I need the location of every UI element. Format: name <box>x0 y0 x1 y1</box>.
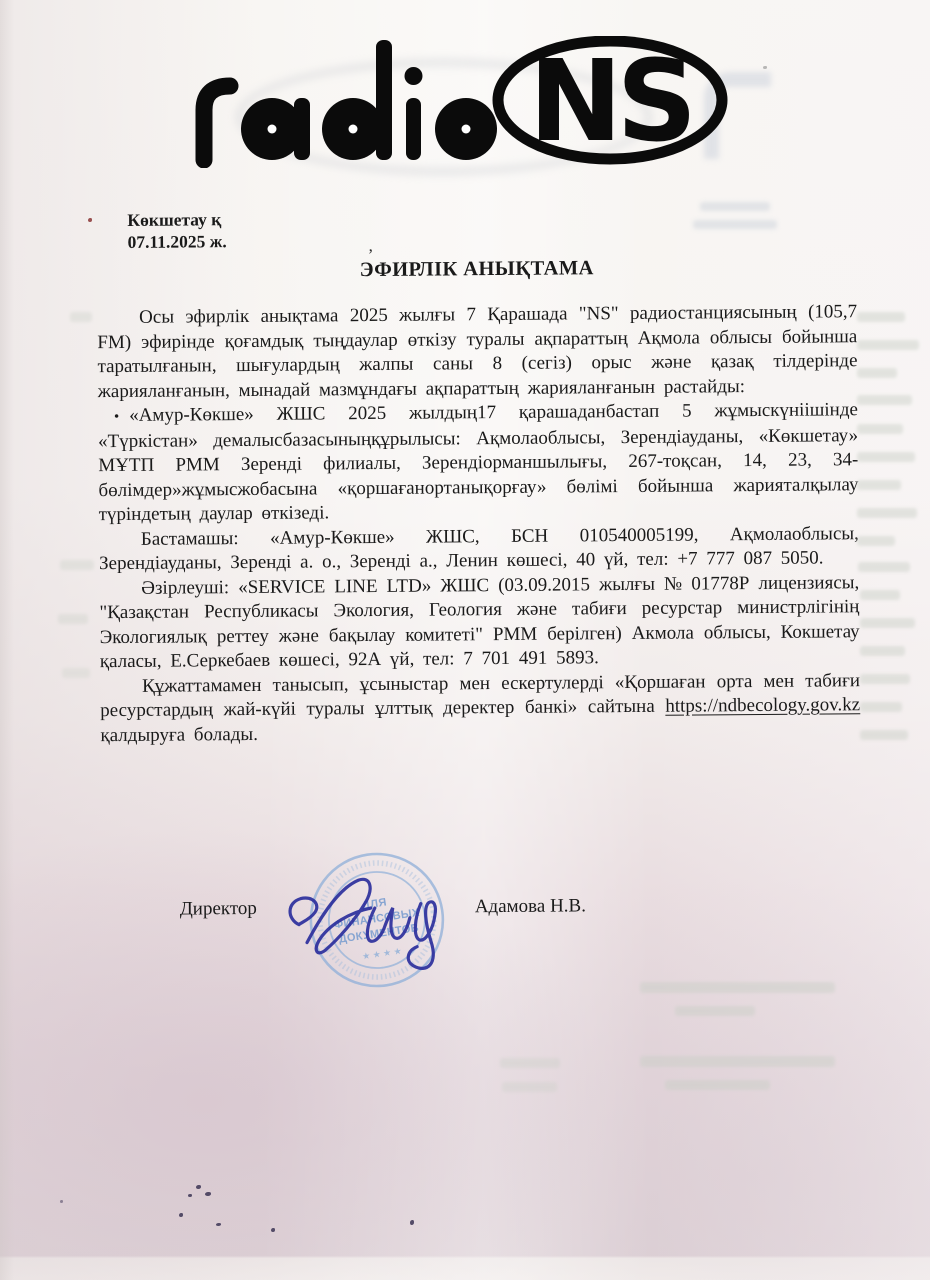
bleed-through-artifact <box>500 1058 560 1068</box>
bleed-through-artifact <box>860 646 905 656</box>
bleed-through-artifact <box>857 312 905 322</box>
bleed-through-artifact <box>857 395 912 405</box>
bleed-through-artifact <box>860 618 915 628</box>
bleed-through-artifact <box>857 536 895 546</box>
ink-speck <box>216 1223 221 1226</box>
city-line: Көкшетау қ <box>127 208 226 231</box>
bleed-through-artifact <box>665 1080 770 1090</box>
ink-speck <box>271 1228 275 1232</box>
ink-speck <box>205 1192 211 1196</box>
bleed-through-artifact <box>860 730 908 740</box>
ink-speck <box>60 1200 63 1203</box>
ink-speck <box>196 1185 201 1189</box>
ink-speck <box>410 1220 414 1225</box>
handwritten-signature <box>276 853 497 980</box>
signature-graphic <box>276 853 497 975</box>
paragraph-developer: Әзірлеуші: «SERVICE LINE LTD» ЖШС (03.09… <box>99 571 860 675</box>
ink-speck <box>88 218 92 222</box>
bleed-through-artifact <box>675 1006 755 1016</box>
bleed-through-artifact <box>502 1082 557 1092</box>
place-date-block: Көкшетау қ 07.11.2025 ж. <box>127 208 227 253</box>
bleed-through-artifact <box>60 560 94 570</box>
bleed-through-artifact <box>857 508 917 518</box>
dust-speck <box>763 66 767 69</box>
bleed-through-artifact <box>857 340 919 350</box>
bleed-through-artifact <box>857 368 897 378</box>
paragraph-announcement-text: «Амур-Көкше» ЖШС 2025 жылдың17 қарашадан… <box>98 399 859 525</box>
bleed-through-artifact <box>58 614 88 624</box>
scanned-document-page: NS , Көкшетау қ 07.11.2025 ж. ЭФИРЛІК АН… <box>0 0 930 1280</box>
paragraph-intro: Осы эфирлік анықтама 2025 жылғы 7 Қараша… <box>97 300 858 404</box>
bleed-through-artifact <box>62 668 90 678</box>
bleed-through-artifact <box>860 590 900 600</box>
bleed-through-artifact <box>857 424 903 434</box>
ink-speck <box>188 1194 192 1197</box>
ndb-ecology-link[interactable]: https://ndbecology.gov.kz <box>665 694 860 717</box>
feedback-text-after-link: қалдыруға болады. <box>100 723 258 745</box>
document-title: ЭФИРЛІК АНЫҚТАМА <box>97 255 857 284</box>
bleed-through-artifact <box>640 1056 835 1067</box>
document-body: Осы эфирлік анықтама 2025 жылғы 7 Қараша… <box>97 300 860 748</box>
bleed-through-artifact <box>640 982 835 993</box>
bleed-through-artifact <box>857 480 901 490</box>
bleed-through-artifact <box>857 452 915 462</box>
signer-role: Директор <box>180 898 257 921</box>
bleed-through-artifact <box>860 674 910 684</box>
bleed-through-artifact <box>860 702 902 712</box>
bleed-through-artifact <box>70 312 92 322</box>
paragraph-announcement: •«Амур-Көкше» ЖШС 2025 жылдың17 қарашада… <box>98 398 859 527</box>
date-line: 07.11.2025 ж. <box>127 230 226 253</box>
ink-speck <box>179 1213 183 1217</box>
stray-mark: , <box>369 236 373 256</box>
bleed-through-artifact <box>858 562 910 572</box>
document-content: , Көкшетау қ 07.11.2025 ж. ЭФИРЛІК АНЫҚТ… <box>0 0 930 1280</box>
paragraph-feedback: Құжаттамамен танысып, ұсыныстар мен еске… <box>100 669 861 748</box>
paragraph-initiator: Бастамашы: «Амур-Көкше» ЖШС, БСН 0105400… <box>99 522 859 577</box>
bullet-icon: • <box>114 409 129 425</box>
